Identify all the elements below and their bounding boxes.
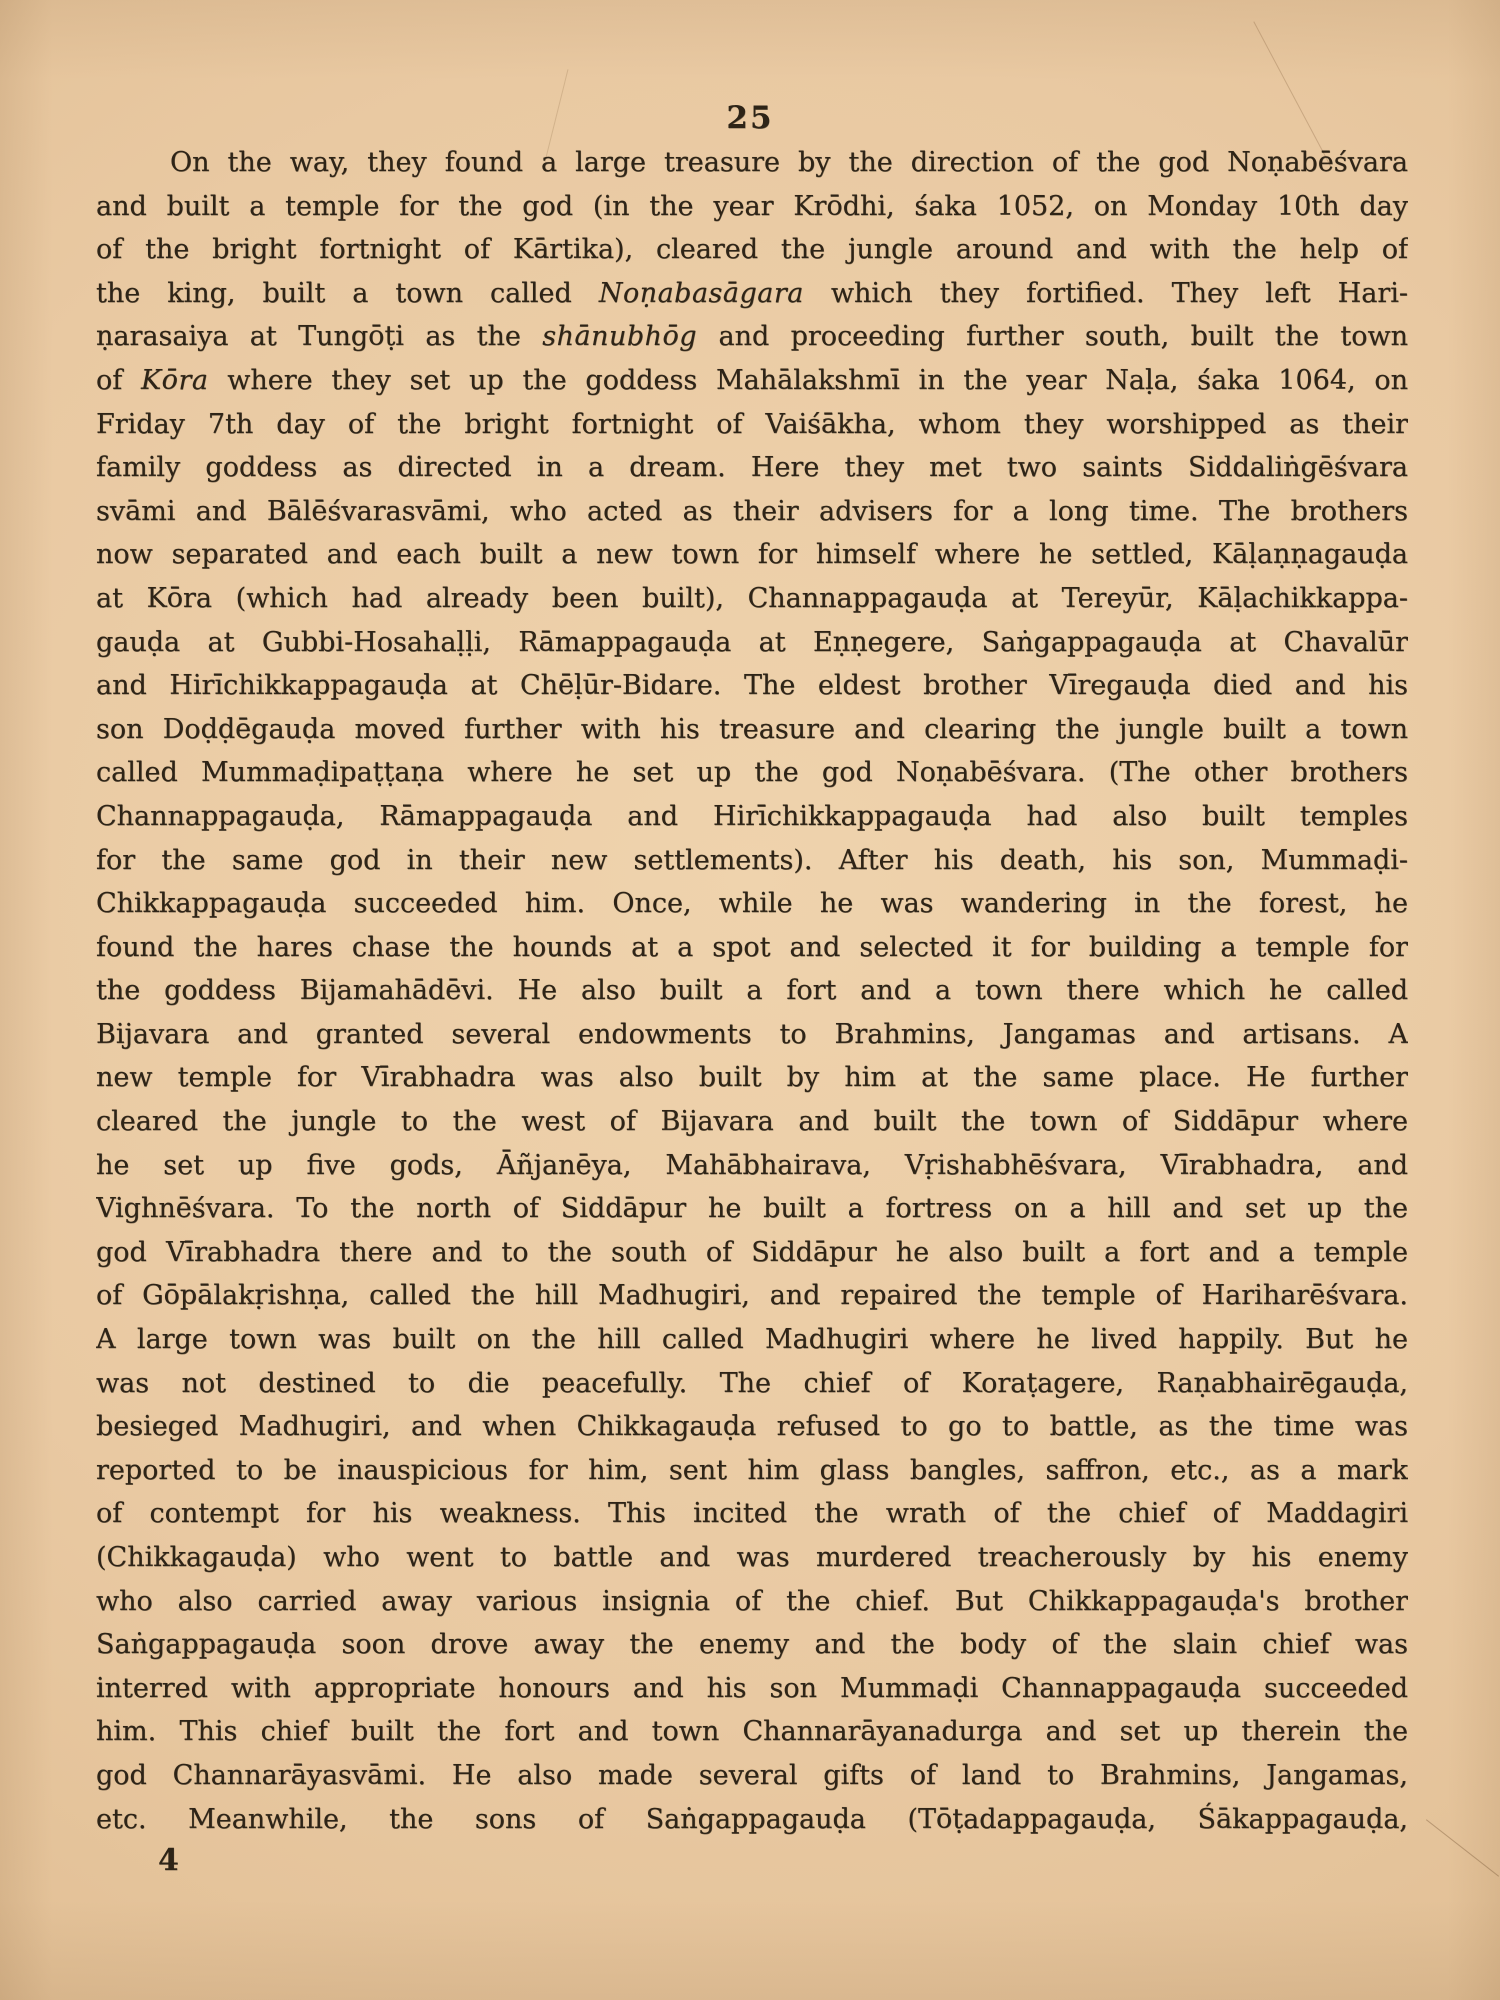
text-line: found the hares chase the hounds at a sp… [96,926,1408,970]
text-line: son Doḍḍēgauḍa moved further with his tr… [96,708,1408,752]
text-line: (Chikkagauḍa) who went to battle and was… [96,1536,1408,1580]
text-line: new temple for Vīrabhadra was also built… [96,1056,1408,1100]
scratch-mark [1426,1819,1499,1876]
text-line: called Mummaḍipaṭṭaṇa where he set up th… [96,751,1408,795]
text-line: Friday 7th day of the bright fortnight o… [96,403,1408,447]
text-line: who also carried away various insignia o… [96,1580,1408,1624]
book-page: 25 On the way, they found a large treasu… [0,0,1500,2000]
text-line: was not destined to die peacefully. The … [96,1362,1408,1406]
text-line: cleared the jungle to the west of Bijava… [96,1100,1408,1144]
text-line: and built a temple for the god (in the y… [96,185,1408,229]
text-line: reported to be inauspicious for him, sen… [96,1449,1408,1493]
text-line: Bijavara and granted several endowments … [96,1013,1408,1057]
text-line: god Channarāyasvāmi. He also made severa… [96,1754,1408,1798]
text-line: and Hirīchikkappagauḍa at Chēḷūr-Bidare.… [96,664,1408,708]
text-line: of Kōra where they set up the goddess Ma… [96,359,1408,403]
text-line: besieged Madhugiri, and when Chikkagauḍa… [96,1405,1408,1449]
text-line: interred with appropriate honours and hi… [96,1667,1408,1711]
text-line: now separated and each built a new town … [96,533,1408,577]
text-line: for the same god in their new settlement… [96,839,1408,883]
body-text: On the way, they found a large treasure … [96,141,1408,1841]
text-line: Saṅgappagauḍa soon drove away the enemy … [96,1623,1408,1667]
text-line: On the way, they found a large treasure … [96,141,1408,185]
text-line: the goddess Bijamahādēvi. He also built … [96,969,1408,1013]
text-line: Vighnēśvara. To the north of Siddāpur he… [96,1187,1408,1231]
text-line: him. This chief built the fort and town … [96,1710,1408,1754]
text-line: etc. Meanwhile, the sons of Saṅgappagauḍ… [96,1798,1408,1842]
page-number: 25 [0,100,1500,136]
text-line: at Kōra (which had already been built), … [96,577,1408,621]
text-line: ṇarasaiya at Tungōṭi as the shānubhōg an… [96,315,1408,359]
text-line: family goddess as directed in a dream. H… [96,446,1408,490]
text-line: gauḍa at Gubbi-Hosahaḷḷi, Rāmappagauḍa a… [96,621,1408,665]
text-line: god Vīrabhadra there and to the south of… [96,1231,1408,1275]
text-line: of the bright fortnight of Kārtika), cle… [96,228,1408,272]
text-line: of contempt for his weakness. This incit… [96,1492,1408,1536]
signature-mark: 4 [158,1843,179,1878]
text-line: Chikkappagauḍa succeeded him. Once, whil… [96,882,1408,926]
text-line: A large town was built on the hill calle… [96,1318,1408,1362]
text-line: of Gōpālakṛishṇa, called the hill Madhug… [96,1274,1408,1318]
text-line: Channappagauḍa, Rāmappagauḍa and Hirīchi… [96,795,1408,839]
text-line: svāmi and Bālēśvarasvāmi, who acted as t… [96,490,1408,534]
text-line: he set up five gods, Āñjanēya, Mahābhair… [96,1144,1408,1188]
text-line: the king, built a town called Noṇabasāga… [96,272,1408,316]
